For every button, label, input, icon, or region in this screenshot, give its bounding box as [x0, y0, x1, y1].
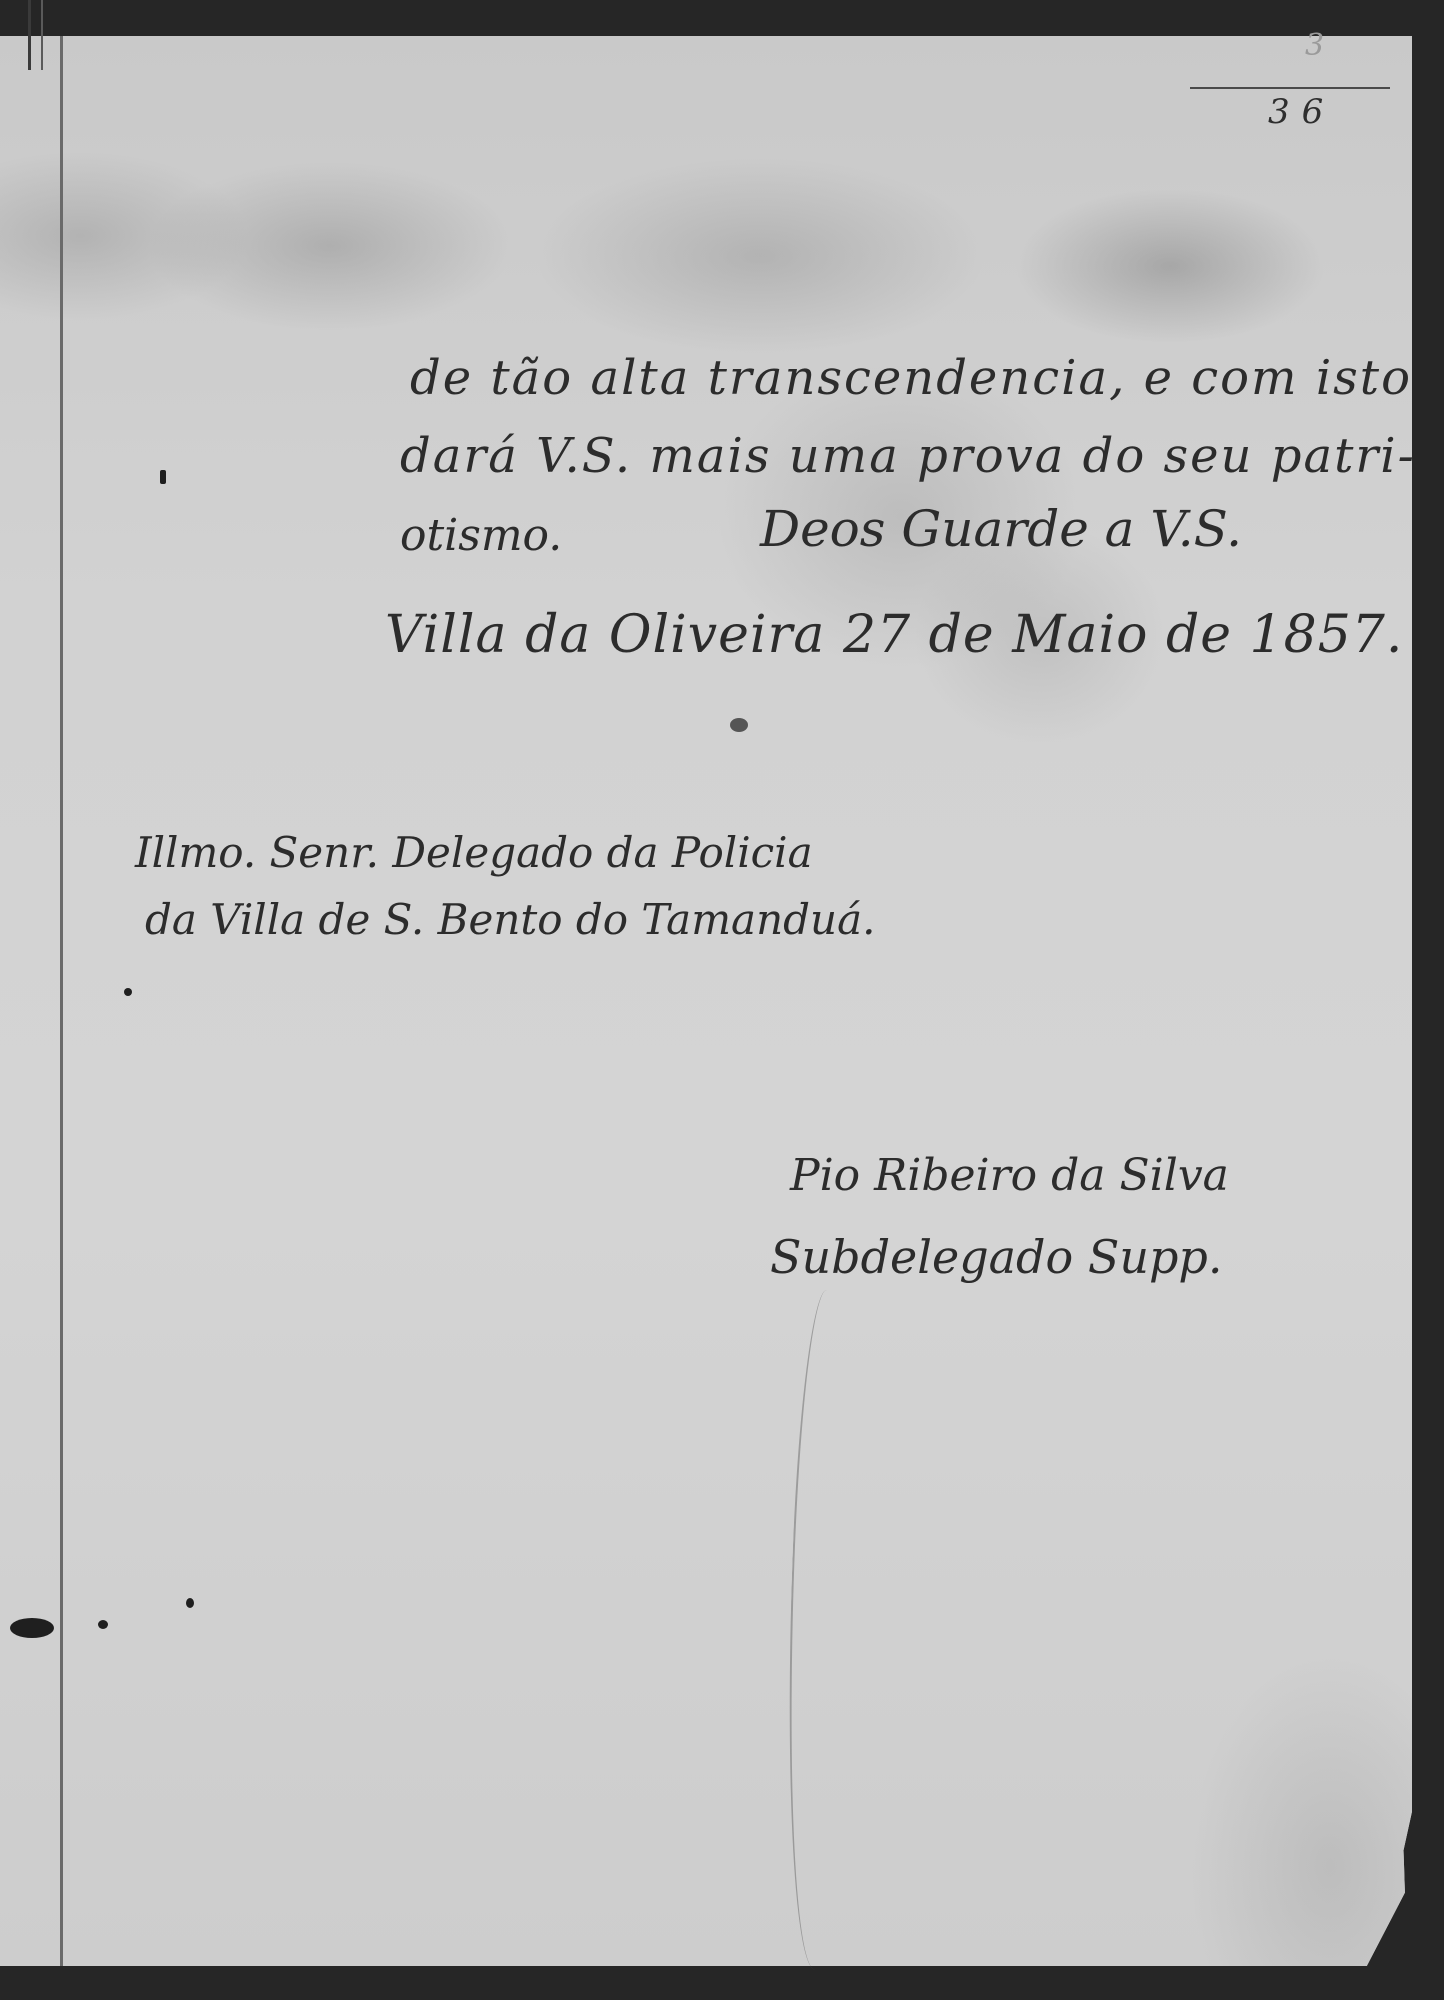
- signature-name: Pio Ribeiro da Silva: [790, 1150, 1229, 1201]
- signature-title: Subdelegado Supp.: [770, 1230, 1222, 1284]
- body-line-1: de tão alta transcendencia, e com isto: [410, 350, 1412, 406]
- ink-blot: [730, 718, 748, 732]
- folio-rule: [1190, 87, 1390, 89]
- faint-folio-number: 3: [1305, 28, 1324, 63]
- closing-formula: Deos Guarde a V.S.: [760, 500, 1242, 558]
- manuscript-page: [0, 36, 1412, 1966]
- binding-mark: [28, 0, 43, 70]
- ink-blot: [186, 1598, 194, 1608]
- addressee-line-1: Illmo. Senr. Delegado da Policia: [135, 828, 813, 877]
- ink-blot: [10, 1618, 54, 1638]
- ink-blot: [160, 470, 166, 484]
- folio-page-number: 36: [1268, 92, 1335, 132]
- body-line-3: otismo.: [400, 510, 562, 561]
- ink-blot: [124, 988, 132, 996]
- ink-blot: [98, 1620, 108, 1629]
- addressee-line-2: da Villa de S. Bento do Tamanduá.: [145, 895, 875, 944]
- place-and-date: Villa da Oliveira 27 de Maio de 1857.: [385, 605, 1403, 665]
- binding-fold-line: [60, 36, 63, 1966]
- body-line-2: dará V.S. mais uma prova do seu patri-: [400, 428, 1416, 484]
